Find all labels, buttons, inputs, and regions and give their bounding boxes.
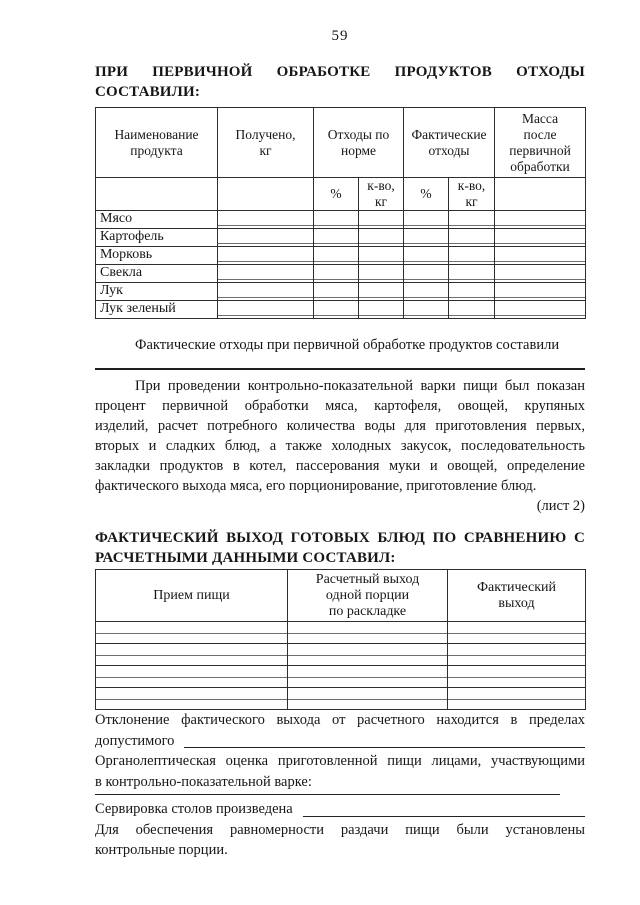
fill-line xyxy=(495,225,585,226)
paragraph-line: изделий, расчет потребного количества во… xyxy=(95,416,585,436)
blank-cell xyxy=(449,301,495,319)
blank-cell xyxy=(359,265,404,283)
blank-cell xyxy=(495,229,586,247)
fill-line xyxy=(218,225,313,226)
output-table-empty-row xyxy=(96,666,586,688)
blank-cell xyxy=(314,211,359,229)
waste-table: Наименование продукта Получено, кг Отход… xyxy=(95,107,586,319)
blank-cell xyxy=(96,666,288,688)
subcol-percent-actual: % xyxy=(404,178,449,211)
paragraph-line: вторых и сладких блюд, а также холодных … xyxy=(95,436,585,456)
subcol-qty-actual: к-во, кг xyxy=(449,178,495,211)
subcol-qty-norm: к-во, кг xyxy=(359,178,404,211)
blank-cell xyxy=(96,644,288,666)
fill-line xyxy=(314,225,358,226)
sheet-label: (лист 2) xyxy=(95,496,585,516)
output-table-empty-row xyxy=(96,644,586,666)
blank-cell xyxy=(218,178,314,211)
paragraph-line: процент первичной обработки мяса, картоф… xyxy=(95,396,585,416)
fill-line xyxy=(449,261,494,262)
organoleptic-text-line2: в контрольно-показательной варке: xyxy=(95,772,585,793)
blank-cell xyxy=(359,247,404,265)
organoleptic-text-line1: Органолептическая оценка приготовленной … xyxy=(95,751,585,772)
blank-cell xyxy=(449,283,495,301)
blank-cell xyxy=(96,622,288,644)
output-table-empty-row xyxy=(96,688,586,710)
blank-cell xyxy=(314,301,359,319)
blank-rule xyxy=(95,794,560,795)
blank-rule xyxy=(95,368,585,370)
blank-cell xyxy=(448,688,586,710)
fill-line xyxy=(449,297,494,298)
col-header-calc-output: Расчетный выход одной порции по раскладк… xyxy=(288,570,448,622)
col-header-meal: Прием пищи xyxy=(96,570,288,622)
row-label-green-onion: Лук зеленый xyxy=(96,301,218,319)
blank-cell xyxy=(449,247,495,265)
fill-line xyxy=(359,261,403,262)
row-label-beet: Свекла xyxy=(96,265,218,283)
blank-cell xyxy=(359,283,404,301)
table-row-carrot: Морковь xyxy=(96,247,586,265)
blank-cell xyxy=(218,229,314,247)
fill-line xyxy=(495,279,585,280)
table-row-onion: Лук xyxy=(96,283,586,301)
portions-text-line1: Для обеспечения равномерности раздачи пи… xyxy=(95,820,585,841)
fill-line xyxy=(218,315,313,316)
fill-line xyxy=(359,243,403,244)
blank-cell xyxy=(314,229,359,247)
paragraph-line: При проведении контрольно-показательной … xyxy=(95,376,585,396)
blank-cell xyxy=(314,283,359,301)
fill-line xyxy=(359,315,403,316)
fill-line xyxy=(96,633,287,634)
section2-heading-line1: ФАКТИЧЕСКИЙ ВЫХОД ГОТОВЫХ БЛЮД ПО СРАВНЕ… xyxy=(95,528,585,548)
col-header-waste-norm: Отходы по норме xyxy=(314,108,404,178)
fill-line xyxy=(96,655,287,656)
fill-line xyxy=(404,279,448,280)
blank-cell xyxy=(448,622,586,644)
output-table: Прием пищи Расчетный выход одной порции … xyxy=(95,569,586,710)
deviation-text-line2: допустимого xyxy=(95,731,585,752)
fill-line xyxy=(359,297,403,298)
blank-cell xyxy=(449,211,495,229)
blank-cell xyxy=(495,283,586,301)
col-header-actual-output: Фактический выход xyxy=(448,570,586,622)
fill-line xyxy=(495,261,585,262)
blank-cell xyxy=(404,211,449,229)
fill-line xyxy=(218,297,313,298)
blank-cell xyxy=(359,229,404,247)
footer-block: Отклонение фактического выхода от расчет… xyxy=(95,710,585,861)
row-label-meat: Мясо xyxy=(96,211,218,229)
fill-line xyxy=(314,243,358,244)
fill-line xyxy=(288,633,447,634)
fill-line xyxy=(218,243,313,244)
fill-line xyxy=(449,315,494,316)
blank-cell xyxy=(96,178,218,211)
subcol-percent-norm: % xyxy=(314,178,359,211)
table-row-meat: Мясо xyxy=(96,211,586,229)
blank-cell xyxy=(218,247,314,265)
blank-cell xyxy=(404,265,449,283)
blank-cell xyxy=(288,644,448,666)
deviation-label: допустимого xyxy=(95,731,174,752)
portions-text-line2: контрольные порции. xyxy=(95,840,585,861)
page-content: 59 ПРИ ПЕРВИЧНОЙ ОБРАБОТКЕ ПРОДУКТОВ ОТХ… xyxy=(95,28,585,861)
serving-text-line: Сервировка столов произведена xyxy=(95,799,585,820)
blank-cell xyxy=(449,265,495,283)
fill-line xyxy=(288,677,447,678)
blank-cell xyxy=(359,301,404,319)
blank-cell xyxy=(96,688,288,710)
blank-cell xyxy=(218,265,314,283)
row-label-onion: Лук xyxy=(96,283,218,301)
table-row-beet: Свекла xyxy=(96,265,586,283)
row-label-carrot: Морковь xyxy=(96,247,218,265)
fill-line xyxy=(448,633,585,634)
blank-cell xyxy=(288,666,448,688)
fill-line xyxy=(96,699,287,700)
blank-cell xyxy=(404,283,449,301)
note-actual-waste: Фактические отходы при первичной обработ… xyxy=(95,335,585,355)
document-page: 59 ПРИ ПЕРВИЧНОЙ ОБРАБОТКЕ ПРОДУКТОВ ОТХ… xyxy=(0,0,640,905)
blank-cell xyxy=(314,247,359,265)
fill-line xyxy=(404,261,448,262)
blank-cell xyxy=(495,247,586,265)
fill-line xyxy=(449,243,494,244)
fill-line xyxy=(359,225,403,226)
waste-table-header-row: Наименование продукта Получено, кг Отход… xyxy=(96,108,586,178)
paragraph-line: фактического выхода мяса, его порциониро… xyxy=(95,476,585,496)
waste-table-subheader-row: % к-во, кг % к-во, кг xyxy=(96,178,586,211)
fill-line xyxy=(314,279,358,280)
serving-label: Сервировка столов произведена xyxy=(95,799,293,820)
blank-cell xyxy=(495,211,586,229)
blank-cell xyxy=(218,211,314,229)
fill-line xyxy=(448,699,585,700)
fill-line xyxy=(404,315,448,316)
blank-cell xyxy=(218,301,314,319)
fill-line xyxy=(288,655,447,656)
col-header-received: Получено, кг xyxy=(218,108,314,178)
fill-line xyxy=(404,243,448,244)
fill-line xyxy=(359,279,403,280)
fill-line xyxy=(449,279,494,280)
blank-cell xyxy=(218,283,314,301)
blank-cell xyxy=(448,666,586,688)
fill-line xyxy=(288,699,447,700)
fill-line xyxy=(404,297,448,298)
fill-line xyxy=(218,279,313,280)
fill-line xyxy=(495,243,585,244)
fill-line xyxy=(96,677,287,678)
paragraph-line: закладки продуктов в котел, пассерования… xyxy=(95,456,585,476)
fill-line xyxy=(314,315,358,316)
table-row-green-onion: Лук зеленый xyxy=(96,301,586,319)
col-header-waste-actual: Фактические отходы xyxy=(404,108,495,178)
blank-cell xyxy=(495,178,586,211)
row-label-potato: Картофель xyxy=(96,229,218,247)
blank-cell xyxy=(288,688,448,710)
section1-heading: ПРИ ПЕРВИЧНОЙ ОБРАБОТКЕ ПРОДУКТОВ ОТХОДЫ… xyxy=(95,62,585,102)
fill-line xyxy=(448,655,585,656)
blank-cell xyxy=(448,644,586,666)
blank-cell xyxy=(288,622,448,644)
fill-line xyxy=(495,315,585,316)
fill-line xyxy=(218,261,313,262)
blank-cell xyxy=(404,301,449,319)
blank-cell xyxy=(359,211,404,229)
blank-cell xyxy=(404,247,449,265)
fill-line xyxy=(314,297,358,298)
fill-line xyxy=(495,297,585,298)
blank-cell xyxy=(314,265,359,283)
blank-cell xyxy=(404,229,449,247)
serving-fill-line xyxy=(303,816,585,817)
col-header-mass-after: Масса после первичной обработки xyxy=(495,108,586,178)
cooking-paragraph: При проведении контрольно-показательной … xyxy=(95,376,585,496)
blank-cell xyxy=(495,265,586,283)
deviation-fill-line xyxy=(184,747,585,748)
deviation-text-line1: Отклонение фактического выхода от расчет… xyxy=(95,710,585,731)
output-table-empty-row xyxy=(96,622,586,644)
col-header-product: Наименование продукта xyxy=(96,108,218,178)
table-row-potato: Картофель xyxy=(96,229,586,247)
blank-cell xyxy=(495,301,586,319)
page-number: 59 xyxy=(95,28,585,48)
blank-cell xyxy=(449,229,495,247)
fill-line xyxy=(448,677,585,678)
output-table-header-row: Прием пищи Расчетный выход одной порции … xyxy=(96,570,586,622)
section2-heading: ФАКТИЧЕСКИЙ ВЫХОД ГОТОВЫХ БЛЮД ПО СРАВНЕ… xyxy=(95,528,585,568)
section2-heading-line2: РАСЧЕТНЫМИ ДАННЫМИ СОСТАВИЛ: xyxy=(95,548,585,568)
fill-line xyxy=(449,225,494,226)
fill-line xyxy=(314,261,358,262)
fill-line xyxy=(404,225,448,226)
